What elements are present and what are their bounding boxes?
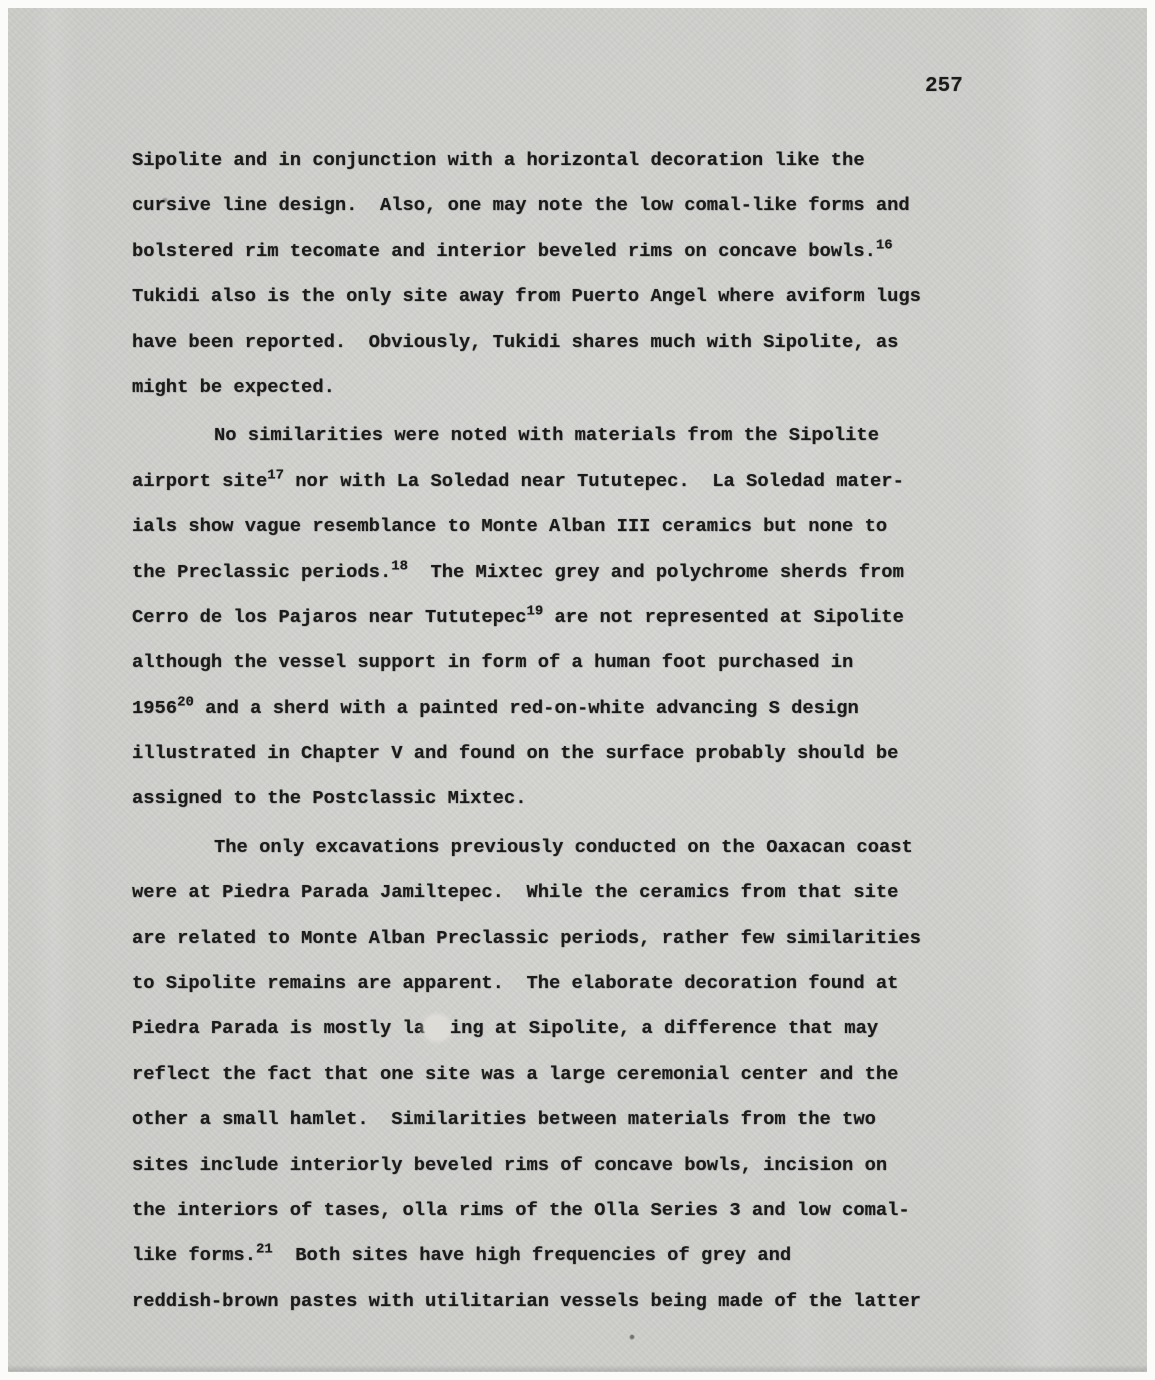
text-line: airport site17 nor with La Soledad near … bbox=[132, 459, 962, 504]
text-segment: No similarities were noted with material… bbox=[214, 424, 879, 446]
text-line: The only excavations previously conducte… bbox=[132, 825, 962, 870]
text-line: like forms.21 Both sites have high frequ… bbox=[132, 1233, 962, 1278]
text-line: No similarities were noted with material… bbox=[132, 413, 962, 458]
text-segment: assigned to the Postclassic Mixtec. bbox=[132, 787, 526, 809]
text-segment: ials show vague resemblance to Monte Alb… bbox=[132, 515, 887, 537]
text-line: Piedra Parada is mostly laing at Sipolit… bbox=[132, 1006, 962, 1051]
footnote-ref: 21 bbox=[256, 1228, 273, 1273]
text-segment: sites include interiorly beveled rims of… bbox=[132, 1154, 887, 1176]
text-segment: Piedra Parada is mostly la bbox=[132, 1017, 425, 1039]
text-segment: 1956 bbox=[132, 697, 177, 719]
text-segment: and a sherd with a painted red-on-white … bbox=[194, 697, 859, 719]
text-segment: Cerro de los Pajaros near Tututepec bbox=[132, 606, 526, 628]
footnote-ref: 18 bbox=[391, 544, 408, 589]
text-line: have been reported. Obviously, Tukidi sh… bbox=[132, 320, 962, 365]
paragraph: Sipolite and in conjunction with a horiz… bbox=[132, 138, 962, 410]
text-segment: bolstered rim tecomate and interior beve… bbox=[132, 240, 876, 262]
text-segment: to Sipolite remains are apparent. The el… bbox=[132, 972, 898, 994]
footnote-ref: 19 bbox=[526, 589, 543, 634]
paragraph: No similarities were noted with material… bbox=[132, 413, 962, 822]
text-segment: reflect the fact that one site was a lar… bbox=[132, 1063, 898, 1085]
text-segment: ing at Sipolite, a difference that may bbox=[450, 1017, 878, 1039]
page-number: 257 bbox=[925, 75, 963, 98]
text-line: sites include interiorly beveled rims of… bbox=[132, 1143, 962, 1188]
text-line: Sipolite and in conjunction with a horiz… bbox=[132, 138, 962, 183]
whiteout-smudge-icon bbox=[426, 1017, 450, 1039]
text-segment: airport site bbox=[132, 470, 267, 492]
text-segment: the Preclassic periods. bbox=[132, 561, 391, 583]
text-line: other a small hamlet. Similarities betwe… bbox=[132, 1097, 962, 1142]
text-line: were at Piedra Parada Jamiltepec. While … bbox=[132, 870, 962, 915]
text-segment: Both sites have high frequencies of grey… bbox=[273, 1244, 791, 1266]
text-segment: the interiors of tases, olla rims of the… bbox=[132, 1199, 910, 1221]
text-line: might be expected. bbox=[132, 365, 962, 410]
paragraph: The only excavations previously conducte… bbox=[132, 825, 962, 1324]
text-segment: reddish-brown pastes with utilitarian ve… bbox=[132, 1290, 921, 1312]
footnote-ref: 17 bbox=[267, 453, 284, 498]
text-segment: are not represented at Sipolite bbox=[543, 606, 904, 628]
text-line: ials show vague resemblance to Monte Alb… bbox=[132, 504, 962, 549]
text-segment: illustrated in Chapter V and found on th… bbox=[132, 742, 898, 764]
text-segment: like forms. bbox=[132, 1244, 256, 1266]
text-line: to Sipolite remains are apparent. The el… bbox=[132, 961, 962, 1006]
text-line: cursive line design. Also, one may note … bbox=[132, 183, 962, 228]
text-segment: are related to Monte Alban Preclassic pe… bbox=[132, 927, 921, 949]
text-line: Tukidi also is the only site away from P… bbox=[132, 274, 962, 319]
text-segment: The only excavations previously conducte… bbox=[214, 836, 913, 858]
footnote-ref: 16 bbox=[876, 223, 893, 268]
text-segment: have been reported. Obviously, Tukidi sh… bbox=[132, 331, 898, 353]
text-line: are related to Monte Alban Preclassic pe… bbox=[132, 916, 962, 961]
text-line: 195620 and a sherd with a painted red-on… bbox=[132, 686, 962, 731]
text-line: reddish-brown pastes with utilitarian ve… bbox=[132, 1279, 962, 1324]
scanned-page: 257 Sipolite and in conjunction with a h… bbox=[8, 8, 1147, 1372]
text-segment: Sipolite and in conjunction with a horiz… bbox=[132, 149, 865, 171]
footnote-ref: 20 bbox=[177, 680, 194, 725]
text-segment: were at Piedra Parada Jamiltepec. While … bbox=[132, 881, 898, 903]
document-body: Sipolite and in conjunction with a horiz… bbox=[132, 138, 962, 1324]
text-line: Cerro de los Pajaros near Tututepec19 ar… bbox=[132, 595, 962, 640]
text-line: bolstered rim tecomate and interior beve… bbox=[132, 229, 962, 274]
text-line: reflect the fact that one site was a lar… bbox=[132, 1052, 962, 1097]
text-line: the interiors of tases, olla rims of the… bbox=[132, 1188, 962, 1233]
text-line: although the vessel support in form of a… bbox=[132, 640, 962, 685]
text-segment: might be expected. bbox=[132, 376, 335, 398]
text-line: illustrated in Chapter V and found on th… bbox=[132, 731, 962, 776]
text-segment: Tukidi also is the only site away from P… bbox=[132, 285, 921, 307]
text-segment: The Mixtec grey and polychrome sherds fr… bbox=[408, 561, 904, 583]
text-segment: cursive line design. Also, one may note … bbox=[132, 194, 910, 216]
text-segment: although the vessel support in form of a… bbox=[132, 651, 853, 673]
text-segment: other a small hamlet. Similarities betwe… bbox=[132, 1108, 876, 1130]
text-segment: nor with La Soledad near Tututepec. La S… bbox=[284, 470, 904, 492]
text-line: assigned to the Postclassic Mixtec. bbox=[132, 776, 962, 821]
text-line: the Preclassic periods.18 The Mixtec gre… bbox=[132, 550, 962, 595]
